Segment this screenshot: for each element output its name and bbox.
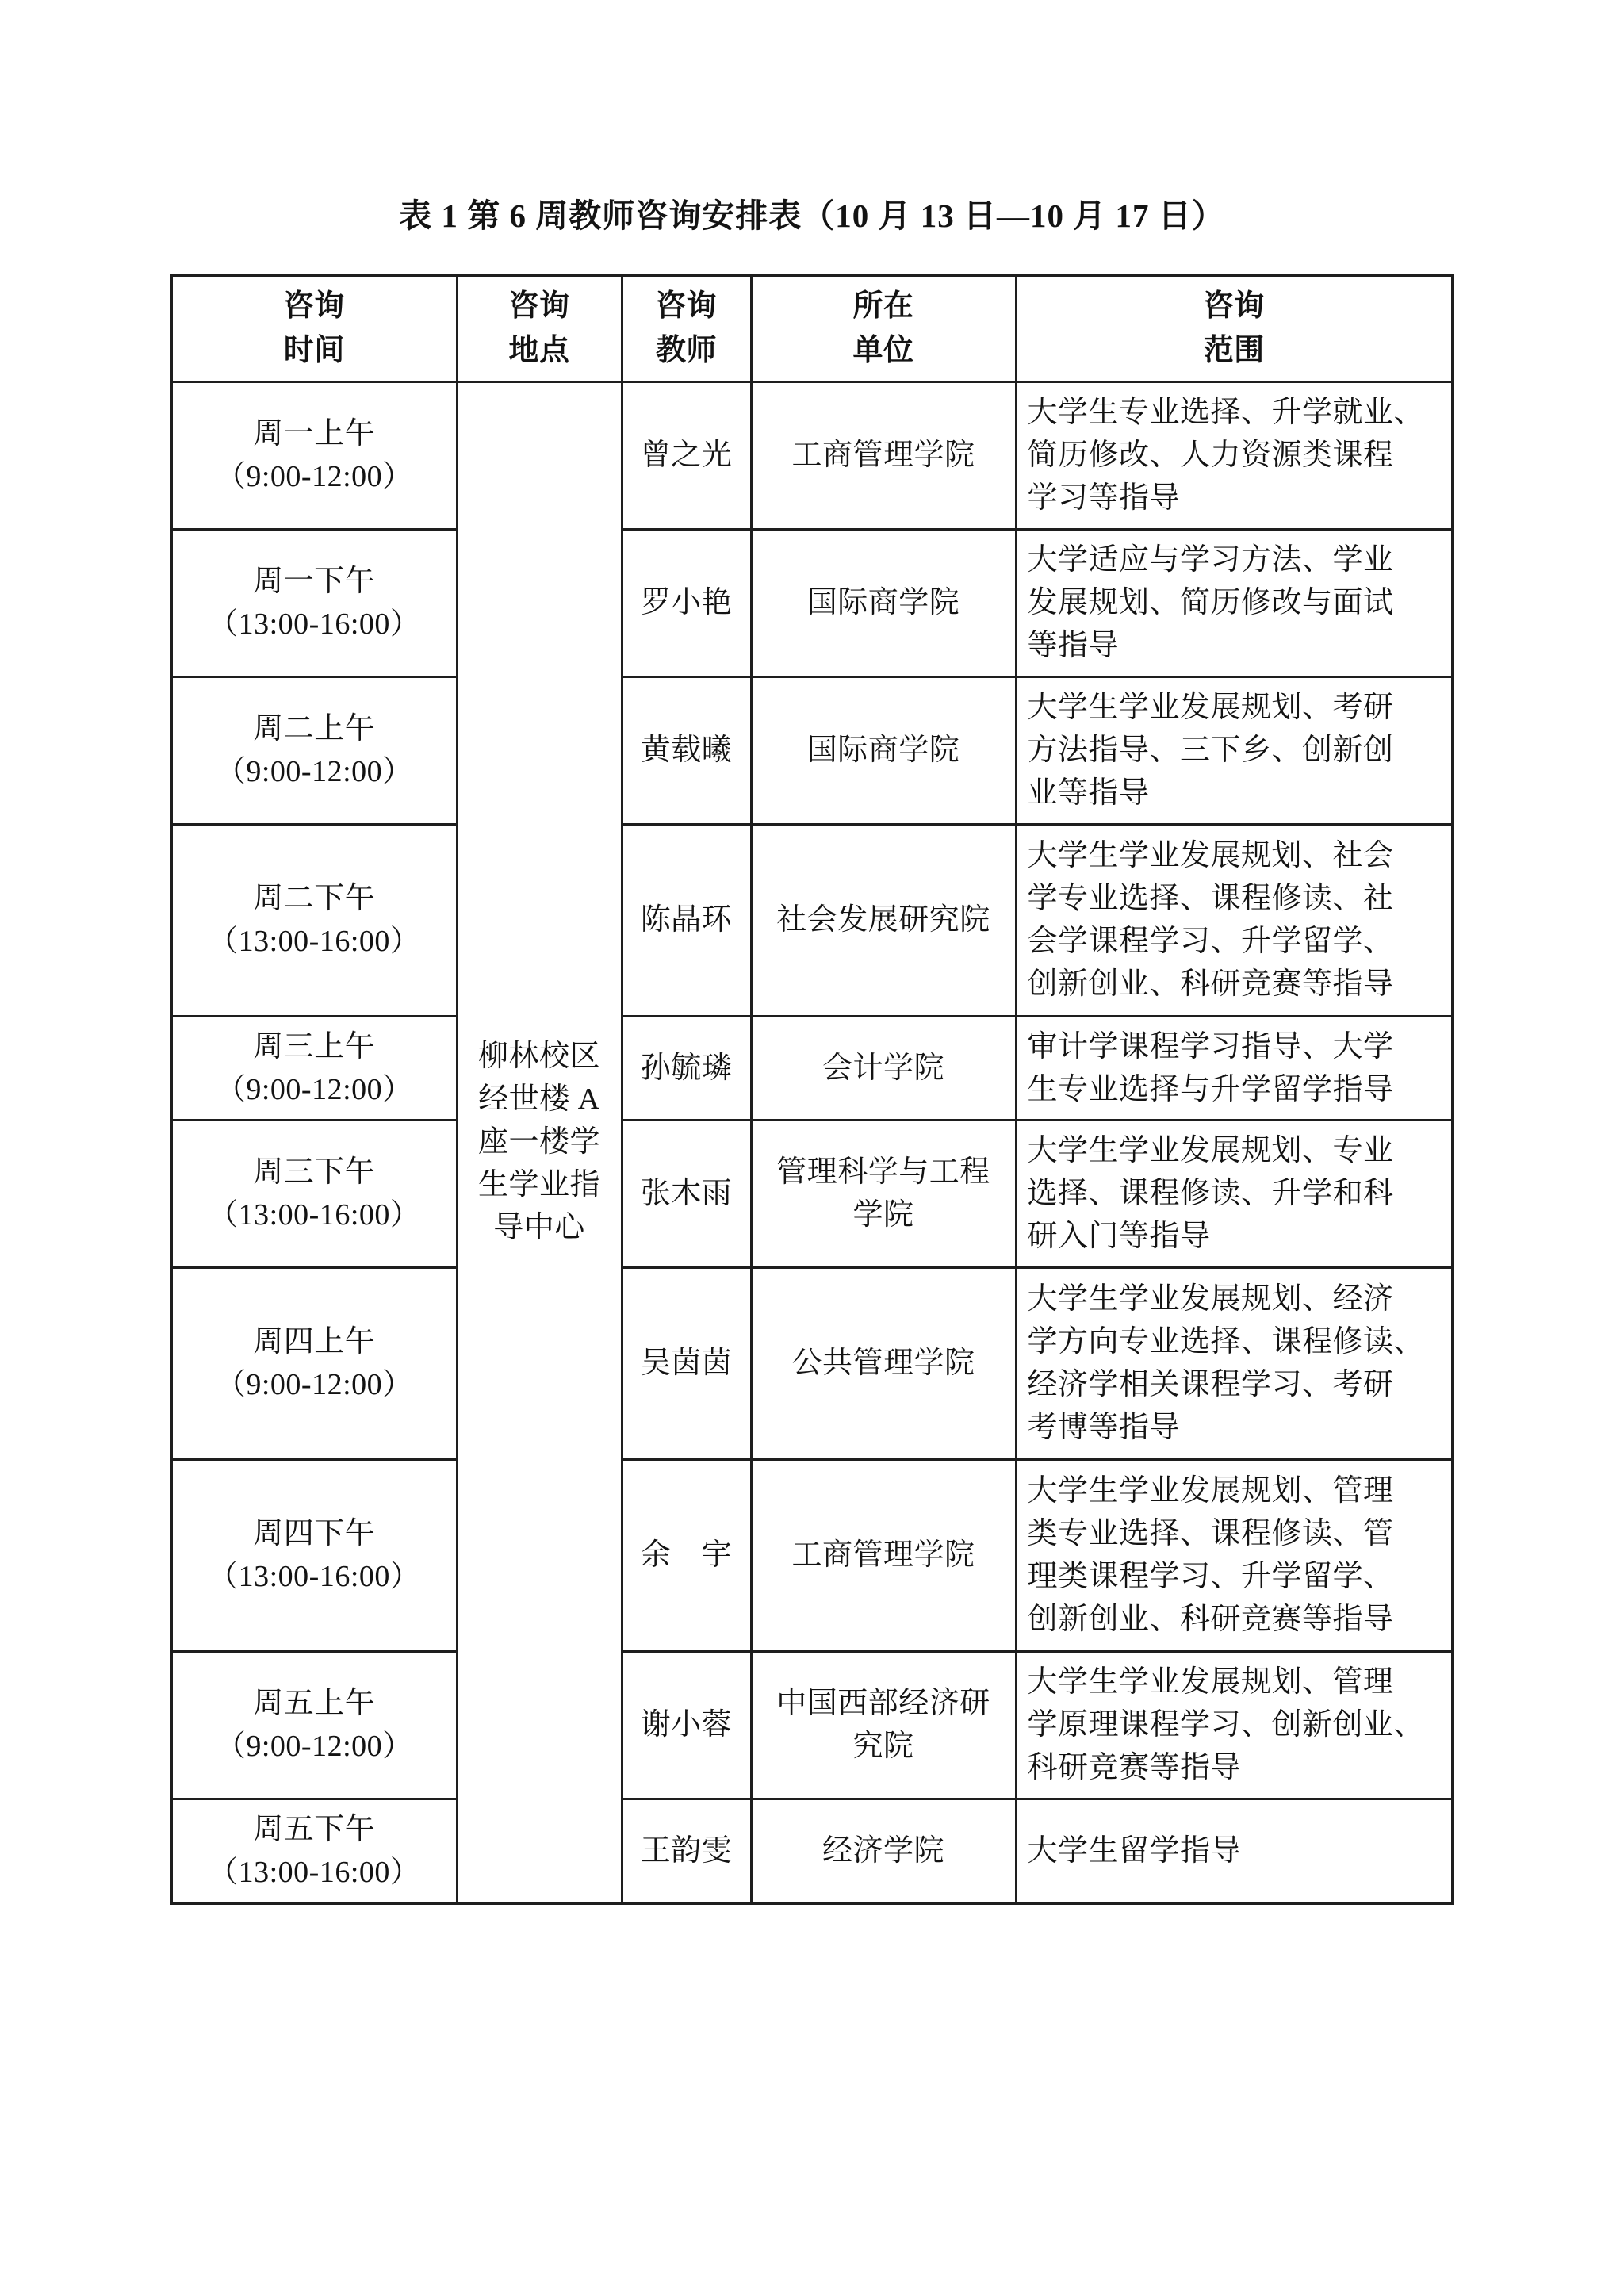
teacher-cell: 陈晶环: [622, 824, 751, 1016]
time-cell: 周二上午 （9:00-12:00）: [171, 676, 457, 824]
scope-cell: 大学生学业发展规划、管理 类专业选择、课程修读、管 理类课程学习、升学留学、 创…: [1016, 1459, 1453, 1651]
table-row: 周三上午 （9:00-12:00） 孙毓璘 会计学院 审计学课程学习指导、大学 …: [171, 1016, 1453, 1120]
time-cell: 周一上午 （9:00-12:00）: [171, 381, 457, 529]
table-row: 周五下午 （13:00-16:00） 王韵雯 经济学院 大学生留学指导: [171, 1799, 1453, 1903]
unit-cell: 国际商学院: [751, 529, 1016, 676]
unit-cell: 公共管理学院: [751, 1267, 1016, 1459]
teacher-cell: 吴茵茵: [622, 1267, 751, 1459]
unit-cell: 工商管理学院: [751, 1459, 1016, 1651]
time-cell: 周三下午 （13:00-16:00）: [171, 1120, 457, 1267]
teacher-cell: 孙毓璘: [622, 1016, 751, 1120]
table-row: 周一下午 （13:00-16:00） 罗小艳 国际商学院 大学适应与学习方法、学…: [171, 529, 1453, 676]
table-row: 周四上午 （9:00-12:00） 吴茵茵 公共管理学院 大学生学业发展规划、经…: [171, 1267, 1453, 1459]
teacher-cell: 罗小艳: [622, 529, 751, 676]
header-row: 咨询 时间 咨询 地点 咨询 教师 所在 单位 咨询 范围: [171, 275, 1453, 381]
scope-cell: 大学生学业发展规划、管理 学原理课程学习、创新创业、 科研竞赛等指导: [1016, 1651, 1453, 1799]
table-row: 周五上午 （9:00-12:00） 谢小蓉 中国西部经济研 究院 大学生学业发展…: [171, 1651, 1453, 1799]
unit-cell: 会计学院: [751, 1016, 1016, 1120]
teacher-cell: 曾之光: [622, 381, 751, 529]
time-cell: 周二下午 （13:00-16:00）: [171, 824, 457, 1016]
consultation-schedule-table: 咨询 时间 咨询 地点 咨询 教师 所在 单位 咨询 范围 周一上午 （9:00…: [170, 274, 1454, 1905]
scope-cell: 大学适应与学习方法、学业 发展规划、简历修改与面试 等指导: [1016, 529, 1453, 676]
location-cell: 柳林校区 经世楼 A 座一楼学 生学业指 导中心: [457, 381, 622, 1903]
time-cell: 周五上午 （9:00-12:00）: [171, 1651, 457, 1799]
table-row: 周三下午 （13:00-16:00） 张木雨 管理科学与工程 学院 大学生学业发…: [171, 1120, 1453, 1267]
unit-cell: 社会发展研究院: [751, 824, 1016, 1016]
unit-cell: 经济学院: [751, 1799, 1016, 1903]
teacher-cell: 王韵雯: [622, 1799, 751, 1903]
time-cell: 周五下午 （13:00-16:00）: [171, 1799, 457, 1903]
scope-cell: 大学生专业选择、升学就业、 简历修改、人力资源类课程 学习等指导: [1016, 381, 1453, 529]
header-consultation-scope: 咨询 范围: [1016, 275, 1453, 381]
scope-cell: 大学生留学指导: [1016, 1799, 1453, 1903]
time-cell: 周一下午 （13:00-16:00）: [171, 529, 457, 676]
time-cell: 周四上午 （9:00-12:00）: [171, 1267, 457, 1459]
scope-cell: 审计学课程学习指导、大学 生专业选择与升学留学指导: [1016, 1016, 1453, 1120]
time-cell: 周三上午 （9:00-12:00）: [171, 1016, 457, 1120]
teacher-cell: 张木雨: [622, 1120, 751, 1267]
scope-cell: 大学生学业发展规划、经济 学方向专业选择、课程修读、 经济学相关课程学习、考研 …: [1016, 1267, 1453, 1459]
time-cell: 周四下午 （13:00-16:00）: [171, 1459, 457, 1651]
unit-cell: 管理科学与工程 学院: [751, 1120, 1016, 1267]
scope-cell: 大学生学业发展规划、考研 方法指导、三下乡、创新创 业等指导: [1016, 676, 1453, 824]
table-row: 周二上午 （9:00-12:00） 黄载曦 国际商学院 大学生学业发展规划、考研…: [171, 676, 1453, 824]
table-row: 周一上午 （9:00-12:00） 柳林校区 经世楼 A 座一楼学 生学业指 导…: [171, 381, 1453, 529]
header-consultation-location: 咨询 地点: [457, 275, 622, 381]
document-page: 表 1 第 6 周教师咨询安排表（10 月 13 日—10 月 17 日） 咨询…: [0, 0, 1624, 2295]
teacher-cell: 余 宇: [622, 1459, 751, 1651]
header-unit: 所在 单位: [751, 275, 1016, 381]
unit-cell: 国际商学院: [751, 676, 1016, 824]
table-row: 周四下午 （13:00-16:00） 余 宇 工商管理学院 大学生学业发展规划、…: [171, 1459, 1453, 1651]
scope-cell: 大学生学业发展规划、专业 选择、课程修读、升学和科 研入门等指导: [1016, 1120, 1453, 1267]
header-consultation-time: 咨询 时间: [171, 275, 457, 381]
teacher-cell: 谢小蓉: [622, 1651, 751, 1799]
unit-cell: 工商管理学院: [751, 381, 1016, 529]
table-title: 表 1 第 6 周教师咨询安排表（10 月 13 日—10 月 17 日）: [0, 197, 1624, 236]
scope-cell: 大学生学业发展规划、社会 学专业选择、课程修读、社 会学课程学习、升学留学、 创…: [1016, 824, 1453, 1016]
unit-cell: 中国西部经济研 究院: [751, 1651, 1016, 1799]
table-row: 周二下午 （13:00-16:00） 陈晶环 社会发展研究院 大学生学业发展规划…: [171, 824, 1453, 1016]
header-consultation-teacher: 咨询 教师: [622, 275, 751, 381]
teacher-cell: 黄载曦: [622, 676, 751, 824]
